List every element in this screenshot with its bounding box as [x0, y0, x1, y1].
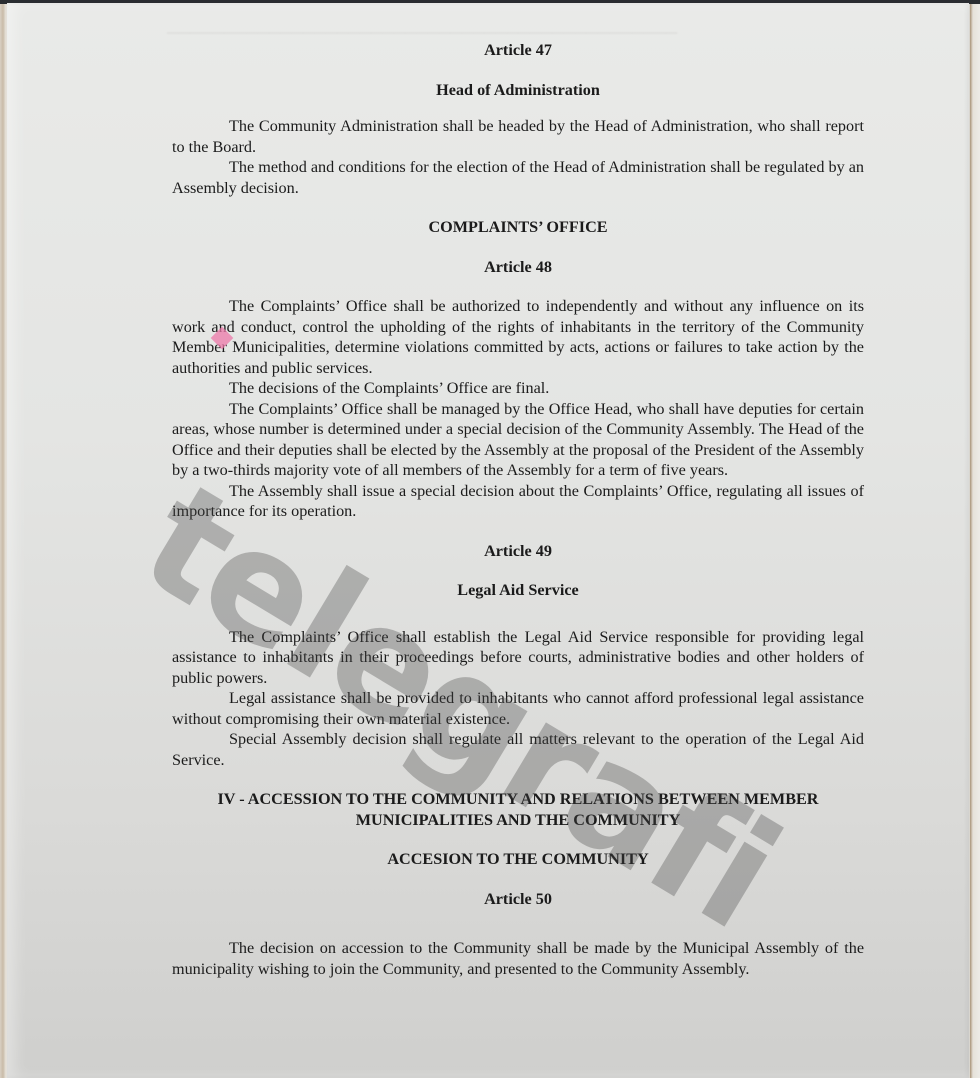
article-47-number: Article 47: [172, 40, 864, 61]
article-49-title: Legal Aid Service: [172, 580, 864, 601]
article-48-number: Article 48: [172, 257, 864, 278]
article-48-paragraph: The Complaints’ Office shall be managed …: [172, 399, 864, 481]
article-49-paragraph: Special Assembly decision shall regulate…: [172, 729, 864, 770]
article-47-title: Head of Administration: [172, 80, 864, 101]
article-48-paragraph: The decisions of the Complaints’ Office …: [172, 378, 864, 399]
article-49-paragraph: The Complaints’ Office shall establish t…: [172, 627, 864, 689]
article-48-paragraph: The Complaints’ Office shall be authoriz…: [172, 296, 864, 378]
article-47-paragraph: The method and conditions for the electi…: [172, 157, 864, 198]
article-49-paragraph: Legal assistance shall be provided to in…: [172, 688, 864, 729]
document-content: Article 47 Head of Administration The Co…: [172, 40, 864, 979]
article-50-paragraph: The decision on accession to the Communi…: [172, 938, 864, 979]
photo-right-edge: [970, 4, 980, 1078]
document-photo: ────────────────────────────────────────…: [0, 0, 980, 1078]
chapter-iv-title: IV - ACCESSION TO THE COMMUNITY AND RELA…: [172, 789, 864, 830]
article-47-paragraph: The Community Administration shall be he…: [172, 116, 864, 157]
complaints-office-section-title: COMPLAINTS’ OFFICE: [172, 217, 864, 238]
article-50-number: Article 50: [172, 889, 864, 910]
article-49-number: Article 49: [172, 541, 864, 562]
accession-section-title: ACCESION TO THE COMMUNITY: [172, 849, 864, 870]
article-48-paragraph: The Assembly shall issue a special decis…: [172, 481, 864, 522]
